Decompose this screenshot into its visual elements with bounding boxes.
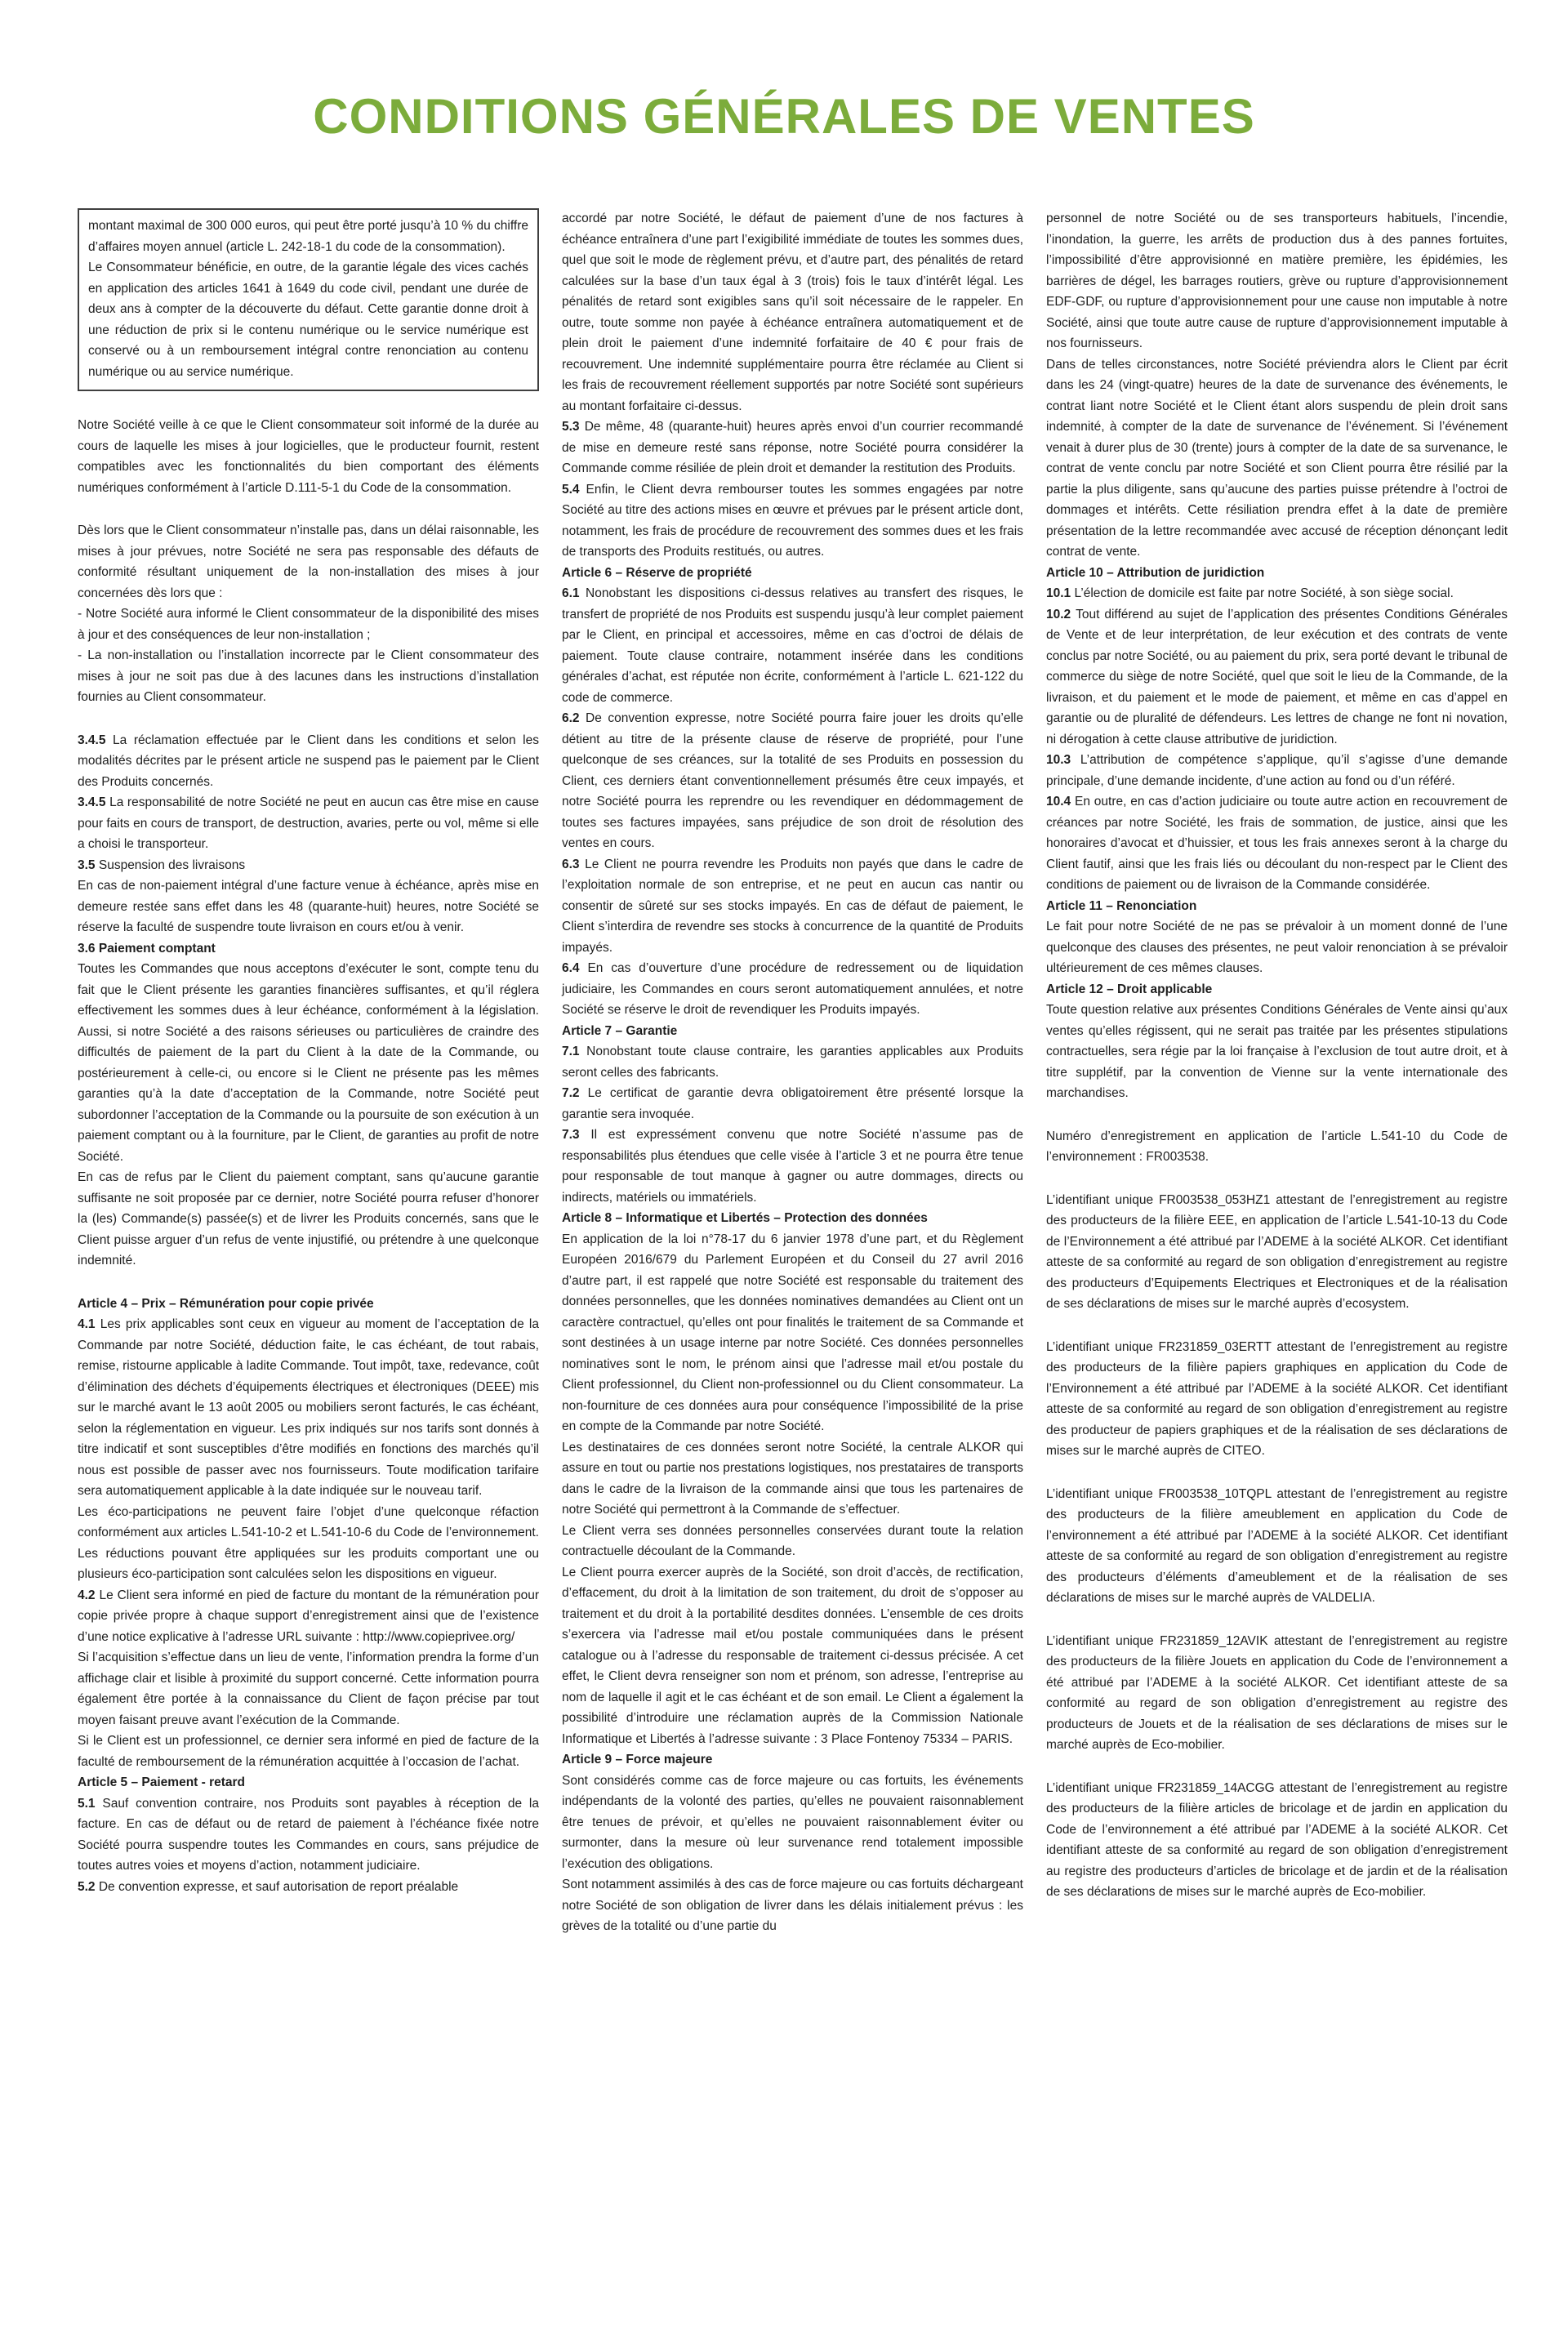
paragraph: 10.3 L’attribution de compétence s’appli… xyxy=(1046,750,1508,791)
column-1: montant maximal de 300 000 euros, qui pe… xyxy=(78,208,539,1897)
paragraph: Toutes les Commandes que nous acceptons … xyxy=(78,959,539,1167)
column-3: personnel de notre Société ou de ses tra… xyxy=(1046,208,1508,1903)
clause-number: 5.2 xyxy=(78,1880,99,1894)
paragraph: L’identifiant unique FR231859_03ERTT att… xyxy=(1046,1337,1508,1462)
paragraph: 5.1 Sauf convention contraire, nos Produ… xyxy=(78,1793,539,1877)
paragraph: 10.4 En outre, en cas d’action judiciair… xyxy=(1046,791,1508,896)
clause-number: 10.4 xyxy=(1046,795,1075,809)
paragraph: Si l’acquisition s’effectue dans un lieu… xyxy=(78,1647,539,1731)
article-heading: Article 8 – Informatique et Libertés – P… xyxy=(562,1208,1023,1229)
paragraph: 5.4 Enfin, le Client devra rembourser to… xyxy=(562,479,1023,563)
article-heading: Article 11 – Renonciation xyxy=(1046,896,1508,917)
paragraph: Les éco-participations ne peuvent faire … xyxy=(78,1502,539,1585)
paragraph: 3.4.5 La réclamation effectuée par le Cl… xyxy=(78,730,539,793)
paragraph: Le Consommateur bénéficie, en outre, de … xyxy=(88,257,528,382)
paragraph: 6.2 De convention expresse, notre Sociét… xyxy=(562,708,1023,854)
paragraph: montant maximal de 300 000 euros, qui pe… xyxy=(88,216,528,257)
paragraph: Notre Société veille à ce que le Client … xyxy=(78,415,539,498)
paragraph: 7.2 Le certificat de garantie devra obli… xyxy=(562,1083,1023,1125)
paragraph: En application de la loi n°78-17 du 6 ja… xyxy=(562,1229,1023,1437)
column-2: accordé par notre Société, le défaut de … xyxy=(562,208,1023,1937)
clause-number: 6.2 xyxy=(562,711,586,725)
paragraph-gap xyxy=(1046,1315,1508,1337)
page-title: CONDITIONS GÉNÉRALES DE VENTES xyxy=(0,0,1568,145)
paragraph: 4.1 Les prix applicables sont ceux en vi… xyxy=(78,1314,539,1502)
clause-number: 7.2 xyxy=(562,1086,588,1100)
paragraph-gap xyxy=(1046,1609,1508,1631)
paragraph: 5.2 De convention expresse, et sauf auto… xyxy=(78,1877,539,1898)
clause-number: 10.2 xyxy=(1046,608,1076,621)
clause-number: 3.4.5 xyxy=(78,795,109,809)
paragraph-gap xyxy=(1046,1756,1508,1778)
paragraph: L’identifiant unique FR231859_14ACGG att… xyxy=(1046,1778,1508,1903)
paragraph: 6.4 En cas d’ouverture d’une procédure d… xyxy=(562,958,1023,1021)
article-heading: Article 10 – Attribution de juridiction xyxy=(1046,563,1508,584)
clause-number: 5.1 xyxy=(78,1797,102,1811)
paragraph: En cas de refus par le Client du paiemen… xyxy=(78,1167,539,1272)
clause-number: 3.4.5 xyxy=(78,733,113,747)
article-heading: Article 12 – Droit applicable xyxy=(1046,979,1508,1000)
article-heading: Article 5 – Paiement - retard xyxy=(78,1772,539,1793)
clause-number: 4.2 xyxy=(78,1588,99,1602)
paragraph: Le fait pour notre Société de ne pas se … xyxy=(1046,916,1508,979)
paragraph: 7.3 Il est expressément convenu que notr… xyxy=(562,1125,1023,1208)
clause-number: 5.4 xyxy=(562,483,586,497)
clause-number: 7.1 xyxy=(562,1045,586,1058)
clause-number: 3.5 xyxy=(78,858,99,872)
paragraph: personnel de notre Société ou de ses tra… xyxy=(1046,208,1508,354)
clause-number: 4.1 xyxy=(78,1317,100,1331)
paragraph-gap xyxy=(1046,1104,1508,1126)
paragraph: 6.1 Nonobstant les dispositions ci-dessu… xyxy=(562,583,1023,708)
clause-number: 6.3 xyxy=(562,858,585,871)
paragraph: accordé par notre Société, le défaut de … xyxy=(562,208,1023,417)
clause-number: 10.1 xyxy=(1046,586,1074,600)
paragraph: 10.2 Tout différend au sujet de l’applic… xyxy=(1046,604,1508,751)
document-page: CONDITIONS GÉNÉRALES DE VENTES montant m… xyxy=(0,0,1568,2330)
clause-number: 5.3 xyxy=(562,420,585,434)
clause-number: 7.3 xyxy=(562,1128,590,1142)
paragraph: L’identifiant unique FR231859_12AVIK att… xyxy=(1046,1631,1508,1756)
article-heading: Article 7 – Garantie xyxy=(562,1021,1023,1042)
paragraph: 5.3 De même, 48 (quarante-huit) heures a… xyxy=(562,417,1023,479)
paragraph: 4.2 Le Client sera informé en pied de fa… xyxy=(78,1585,539,1648)
consumer-guarantee-box: montant maximal de 300 000 euros, qui pe… xyxy=(78,208,539,391)
paragraph: 6.3 Le Client ne pourra revendre les Pro… xyxy=(562,854,1023,959)
paragraph: 7.1 Nonobstant toute clause contraire, l… xyxy=(562,1041,1023,1083)
paragraph: Sont notamment assimilés à des cas de fo… xyxy=(562,1874,1023,1937)
paragraph: Dès lors que le Client consommateur n’in… xyxy=(78,520,539,604)
paragraph: Toute question relative aux présentes Co… xyxy=(1046,1000,1508,1104)
paragraph: Le Client pourra exercer auprès de la So… xyxy=(562,1562,1023,1750)
article-heading: 3.6 Paiement comptant xyxy=(78,938,539,960)
paragraph: - La non-installation ou l’installation … xyxy=(78,645,539,708)
clause-number: 6.1 xyxy=(562,586,586,600)
paragraph: Dans de telles circonstances, notre Soci… xyxy=(1046,354,1508,563)
paragraph: Numéro d’enregistrement en application d… xyxy=(1046,1126,1508,1168)
article-heading: Article 9 – Force majeure xyxy=(562,1749,1023,1771)
paragraph: - Notre Société aura informé le Client c… xyxy=(78,604,539,645)
paragraph: 3.5 Suspension des livraisons xyxy=(78,855,539,876)
columns: montant maximal de 300 000 euros, qui pe… xyxy=(0,145,1568,1937)
clause-number: 10.3 xyxy=(1046,753,1080,767)
paragraph: 3.4.5 La responsabilité de notre Société… xyxy=(78,792,539,855)
paragraph-gap xyxy=(1046,1168,1508,1190)
article-heading: Article 4 – Prix – Rémunération pour cop… xyxy=(78,1294,539,1315)
paragraph: Si le Client est un professionnel, ce de… xyxy=(78,1731,539,1772)
paragraph: Les destinataires de ces données seront … xyxy=(562,1437,1023,1521)
paragraph-gap xyxy=(1046,1462,1508,1484)
paragraph: En cas de non-paiement intégral d’une fa… xyxy=(78,875,539,938)
paragraph: 10.1 L’élection de domicile est faite pa… xyxy=(1046,583,1508,604)
clause-number: 6.4 xyxy=(562,961,587,975)
paragraph-gap xyxy=(78,1272,539,1294)
paragraph-gap xyxy=(78,393,539,415)
article-heading: Article 6 – Réserve de propriété xyxy=(562,563,1023,584)
paragraph: Le Client verra ses données personnelles… xyxy=(562,1521,1023,1562)
paragraph: L’identifiant unique FR003538_10TQPL att… xyxy=(1046,1484,1508,1609)
paragraph: Sont considérés comme cas de force majeu… xyxy=(562,1771,1023,1875)
paragraph-gap xyxy=(78,498,539,520)
paragraph: L’identifiant unique FR003538_053HZ1 att… xyxy=(1046,1190,1508,1315)
paragraph-gap xyxy=(78,708,539,730)
